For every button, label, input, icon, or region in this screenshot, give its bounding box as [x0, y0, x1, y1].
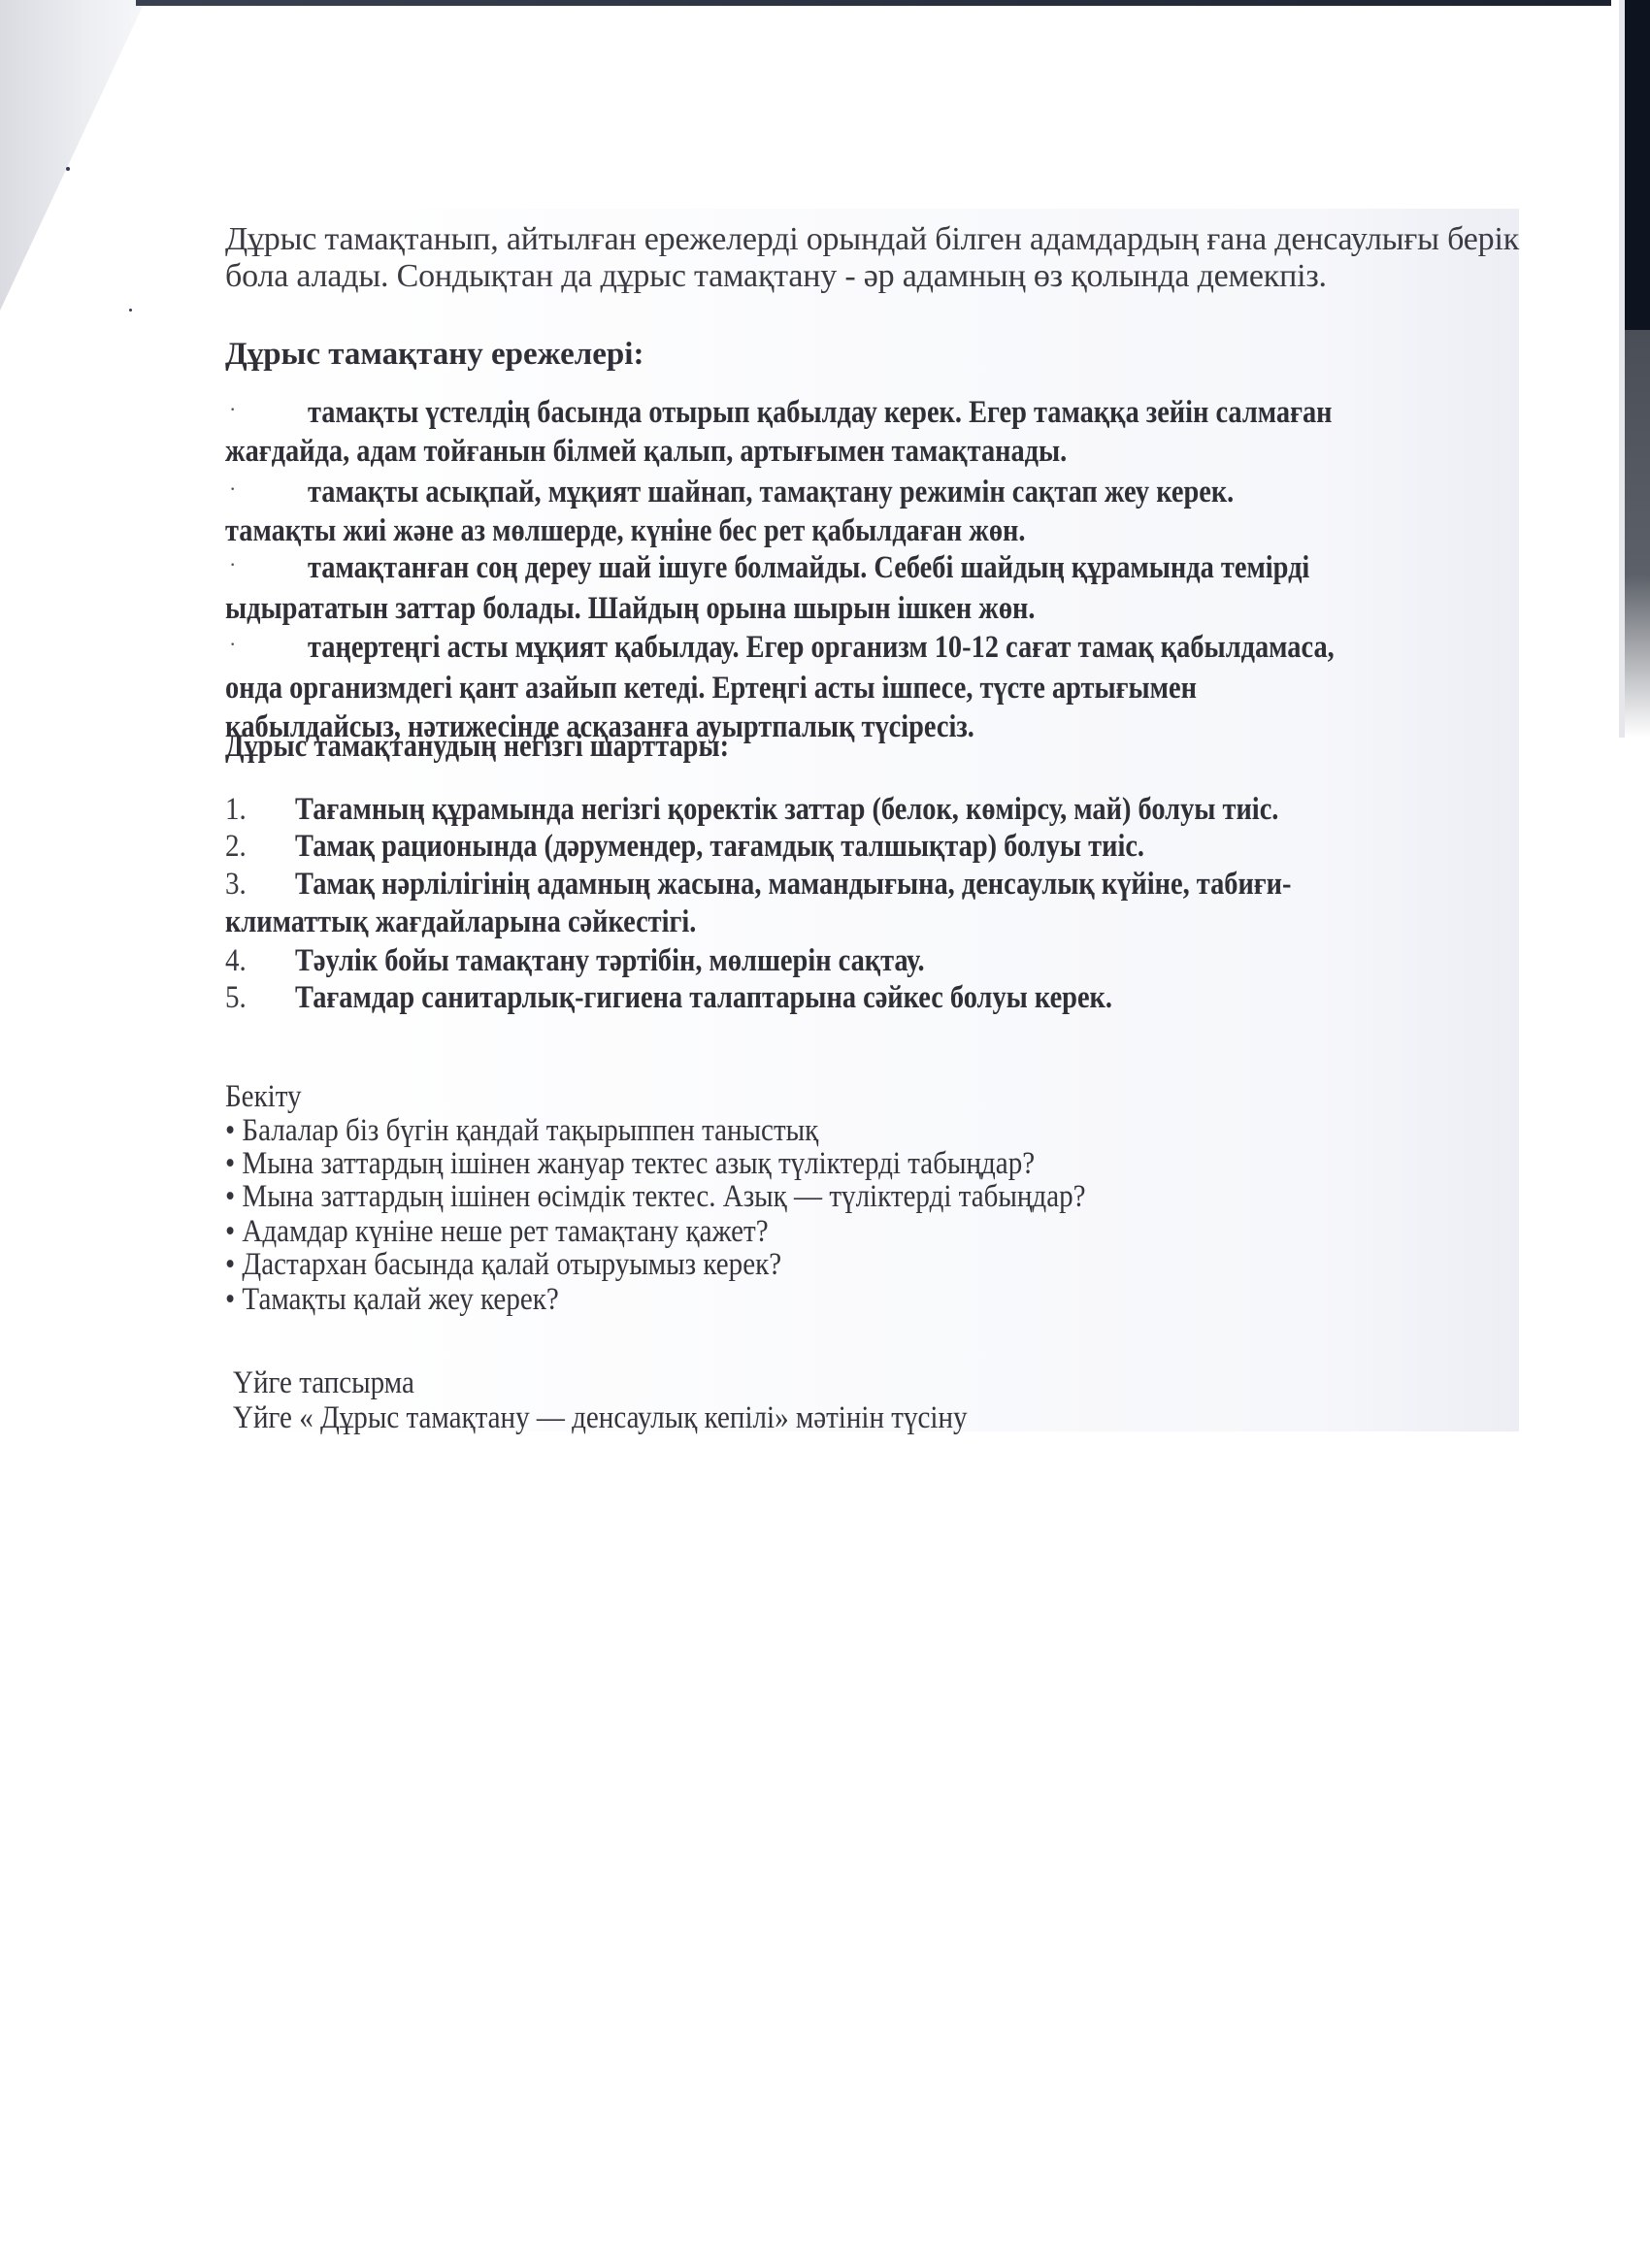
rule-text: таңертеңгі асты мұқият қабылдау. Егер ор… [308, 630, 1335, 666]
condition-number: 2. [225, 829, 247, 865]
review-question-text: Мына заттардың ішінен өсімдік тектес. Аз… [242, 1179, 1085, 1214]
homework-text: Үйге « Дұрыс тамақтану — денсаулық кепіл… [233, 1400, 968, 1436]
bullet-icon: • [225, 1214, 235, 1249]
scan-right-border [1625, 0, 1650, 369]
review-question: • Балалар біз бүгін қандай тақырыппен та… [225, 1113, 818, 1149]
homework-heading: Үйге тапсырма [233, 1365, 414, 1401]
bullet-icon: · [229, 477, 236, 502]
review-question: • Дастархан басында қалай отыруымыз кере… [225, 1247, 781, 1283]
condition-text: климаттық жағдайларына сәйкестігі. [225, 904, 696, 940]
bullet-icon: • [225, 1247, 235, 1282]
review-question-text: Мына заттардың ішінен жануар тектес азық… [242, 1146, 1035, 1181]
scan-speck [129, 309, 132, 312]
scan-speck [66, 167, 70, 171]
scan-top-edge [136, 0, 1611, 6]
review-question: • Адамдар күніне неше рет тамақтану қаже… [225, 1214, 769, 1250]
condition-text: Тәулік бойы тамақтану тәртібін, мөлшерін… [295, 943, 925, 979]
review-question: • Мына заттардың ішінен өсімдік тектес. … [225, 1179, 1086, 1215]
condition-number: 1. [225, 792, 247, 828]
rule-text: тамақты асықпай, мұқият шайнап, тамақтан… [308, 475, 1234, 510]
condition-number: 4. [225, 943, 247, 979]
bullet-icon: · [229, 632, 236, 657]
condition-text: Тағамның құрамында негізгі қоректік затт… [295, 792, 1278, 828]
scan-right-border-lower [1625, 330, 1650, 738]
rule-text: ыдырататын заттар болады. Шайдың орына ш… [225, 591, 1035, 627]
condition-number: 3. [225, 867, 247, 903]
bullet-icon: · [229, 552, 236, 577]
review-heading: Бекіту [225, 1079, 302, 1115]
condition-number: 5. [225, 980, 247, 1016]
rule-text: тамақты үстелдің басында отырып қабылдау… [308, 395, 1333, 431]
rule-text: онда организмдегі қант азайып кетеді. Ер… [225, 671, 1197, 707]
review-question: • Мына заттардың ішінен жануар тектес аз… [225, 1146, 1035, 1182]
scan-folded-corner [0, 0, 146, 311]
intro-line: Дұрыс тамақтанып, айтылған ережелерді ор… [225, 221, 1519, 258]
review-question-text: Тамақты қалай жеу керек? [242, 1282, 558, 1317]
rule-text: тамақты жиі және аз мөлшерде, күніне бес… [225, 513, 1026, 549]
bullet-icon: • [225, 1146, 235, 1181]
review-question-text: Адамдар күніне неше рет тамақтану қажет? [242, 1214, 768, 1249]
review-question: • Тамақты қалай жеу керек? [225, 1282, 559, 1318]
bullet-icon: • [225, 1113, 235, 1148]
condition-text: Тамақ рационында (дәрумендер, тағамдық т… [295, 829, 1144, 865]
rules-heading: Дұрыс тамақтану ережелері: [225, 337, 643, 373]
condition-text: Тамақ нәрлілігінің адамның жасына, маман… [295, 867, 1291, 903]
rule-text: тамақтанған соң дереу шай ішуге болмайды… [308, 550, 1309, 586]
bullet-icon: • [225, 1179, 235, 1214]
conditions-heading: Дұрыс тамақтанудың негізгі шарттары: [225, 729, 729, 765]
bullet-icon: · [229, 397, 236, 422]
condition-text: Тағамдар санитарлық-гигиена талаптарына … [295, 980, 1112, 1016]
review-question-text: Балалар біз бүгін қандай тақырыппен таны… [242, 1113, 818, 1148]
rule-text: жағдайда, адам тойғанын білмей қалып, ар… [225, 434, 1067, 470]
bullet-icon: • [225, 1282, 235, 1317]
intro-line: бола алады. Сондықтан да дұрыс тамақтану… [225, 258, 1327, 295]
review-question-text: Дастархан басында қалай отыруымыз керек? [242, 1247, 781, 1282]
